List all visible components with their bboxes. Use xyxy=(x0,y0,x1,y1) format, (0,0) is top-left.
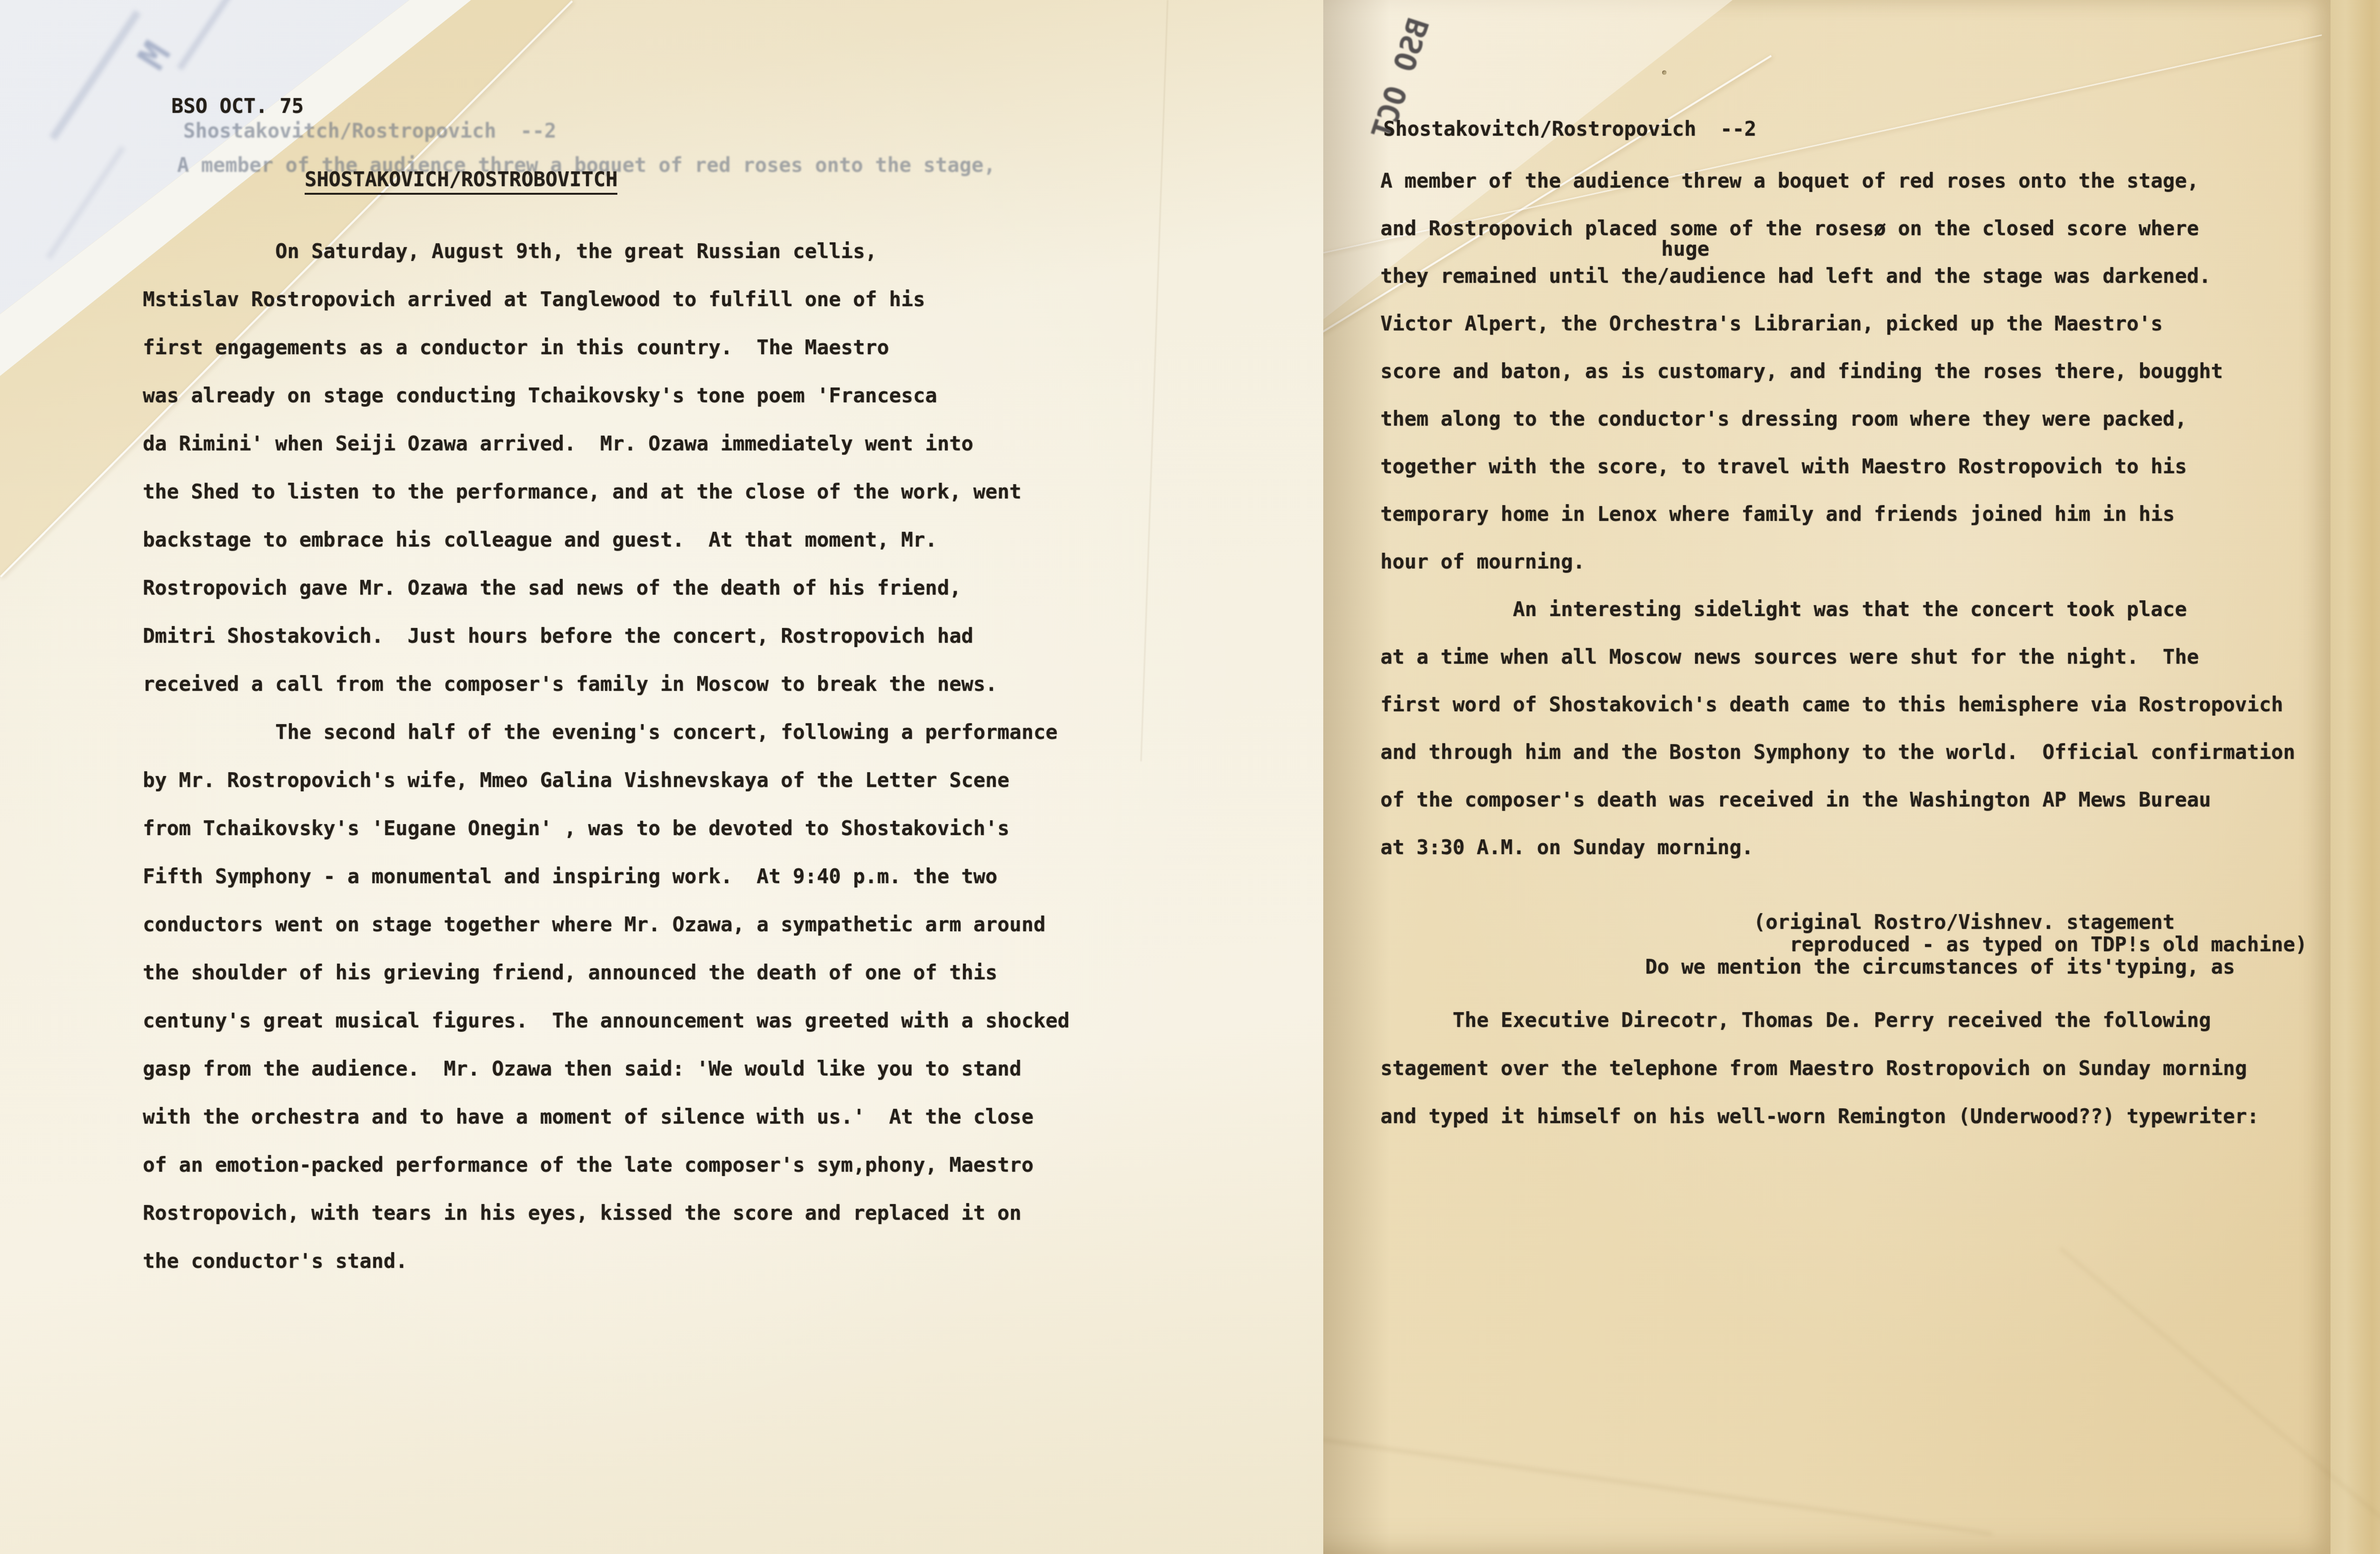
typewritten-line: Dmitri Shostakovich. Just hours before t… xyxy=(143,624,973,647)
typewritten-line: first engagements as a conductor in this… xyxy=(143,336,889,359)
typewritten-line: of the composer's death was received in … xyxy=(1380,788,2211,811)
typewritten-line: An interesting sidelight was that the co… xyxy=(1380,598,2187,621)
typewritten-line: first word of Shostakovich's death came … xyxy=(1380,693,2283,716)
typewritten-line: was already on stage conducting Tchaikov… xyxy=(143,384,937,407)
typewritten-line: stagement over the telephone from Maestr… xyxy=(1380,1056,2247,1080)
typewritten-line: and through him and the Boston Symphony … xyxy=(1380,740,2295,764)
bleedthrough-streak xyxy=(50,10,141,140)
typewritten-line: temporary home in Lenox where family and… xyxy=(1380,502,2175,526)
typewritten-line: the Shed to listen to the performance, a… xyxy=(143,480,1021,503)
typewritten-line: The Executive Direcotr, Thomas De. Perry… xyxy=(1380,1008,2211,1032)
typewritten-line: Mstislav Rostropovich arrived at Tanglew… xyxy=(143,288,925,311)
typewritten-line: score and baton, as is customary, and fi… xyxy=(1380,359,2223,383)
typewritten-line: da Rimini' when Seiji Ozawa arrived. Mr.… xyxy=(143,432,973,455)
typewritten-line: reproduced - as typed on TDP!s old machi… xyxy=(1380,933,2307,956)
typewritten-line: the conductor's stand. xyxy=(143,1249,407,1273)
typewritten-line: received a call from the composer's fami… xyxy=(143,672,997,696)
bleedthrough-header: Shostakovitch/Rostropovich --2 xyxy=(183,119,556,142)
bleedthrough-streak xyxy=(46,146,125,259)
typewritten-line: (original Rostro/Vishnev. stagement xyxy=(1380,910,2175,934)
page-overlap-shadow xyxy=(1319,0,1390,1554)
typewritten-line: gasp from the audience. Mr. Ozawa then s… xyxy=(143,1057,1021,1080)
typewritten-line: from Tchaikovsky's 'Eugane Onegin' , was… xyxy=(143,817,1010,840)
typewritten-line: Fifth Symphony - a monumental and inspir… xyxy=(143,865,997,888)
typewritten-line: at 3:30 A.M. on Sunday morning. xyxy=(1380,836,1754,859)
typewritten-line: conductors went on stage together where … xyxy=(143,913,1045,936)
typewritten-line: and typed it himself on his well-worn Re… xyxy=(1380,1105,2259,1128)
typewritten-line: the shoulder of his grieving friend, ann… xyxy=(143,961,997,984)
typewritten-line: by Mr. Rostropovich's wife, Mmeo Galina … xyxy=(143,768,1010,792)
typewritten-line: at a time when all Moscow news sources w… xyxy=(1380,645,2199,668)
typewritten-line: hour of mourning. xyxy=(1380,550,1585,573)
typewritten-line: they remained until the/audience had lef… xyxy=(1380,264,2211,288)
pin-hole xyxy=(1662,70,1666,75)
typewritten-line: and Rostropovich placed some of the rose… xyxy=(1380,217,2199,240)
bleedthrough-letter: M xyxy=(129,34,179,77)
document-title: SHOSTAKOVICH/ROSTROBOVITCH xyxy=(305,168,617,195)
typewritten-line: On Saturday, August 9th, the great Russi… xyxy=(143,239,877,263)
typewritten-line: them along to the conductor's dressing r… xyxy=(1380,407,2187,430)
typewritten-line: with the orchestra and to have a moment … xyxy=(143,1105,1033,1128)
typewritten-line: A member of the audience threw a boquet … xyxy=(1380,169,2199,192)
typewritten-line: together with the score, to travel with … xyxy=(1380,455,2187,478)
scanned-document: BSO OCT Shostakovitch/Rostropovich --2 h… xyxy=(0,0,2380,1554)
typewritten-line: of an emotion-packed performance of the … xyxy=(143,1153,1033,1176)
inserted-word-huge: huge xyxy=(1661,237,1709,260)
typewritten-line: The second half of the evening's concert… xyxy=(143,720,1058,744)
typewritten-line: backstage to embrace his colleague and g… xyxy=(143,528,937,551)
bleedthrough-streak xyxy=(177,0,251,70)
typewritten-line: Do we mention the circumstances of its't… xyxy=(1380,955,2235,978)
typewritten-line: centuny's great musical figures. The ann… xyxy=(143,1009,1070,1032)
typewritten-line: Rostropovich gave Mr. Ozawa the sad news… xyxy=(143,576,961,599)
page-2-running-header: Shostakovitch/Rostropovich --2 xyxy=(1383,117,1756,140)
typewritten-line: Rostropovich, with tears in his eyes, ki… xyxy=(143,1201,1021,1225)
date-stamp: BSO OCT. 75 xyxy=(171,94,304,118)
typewritten-line: Victor Alpert, the Orchestra's Librarian… xyxy=(1380,312,2163,335)
